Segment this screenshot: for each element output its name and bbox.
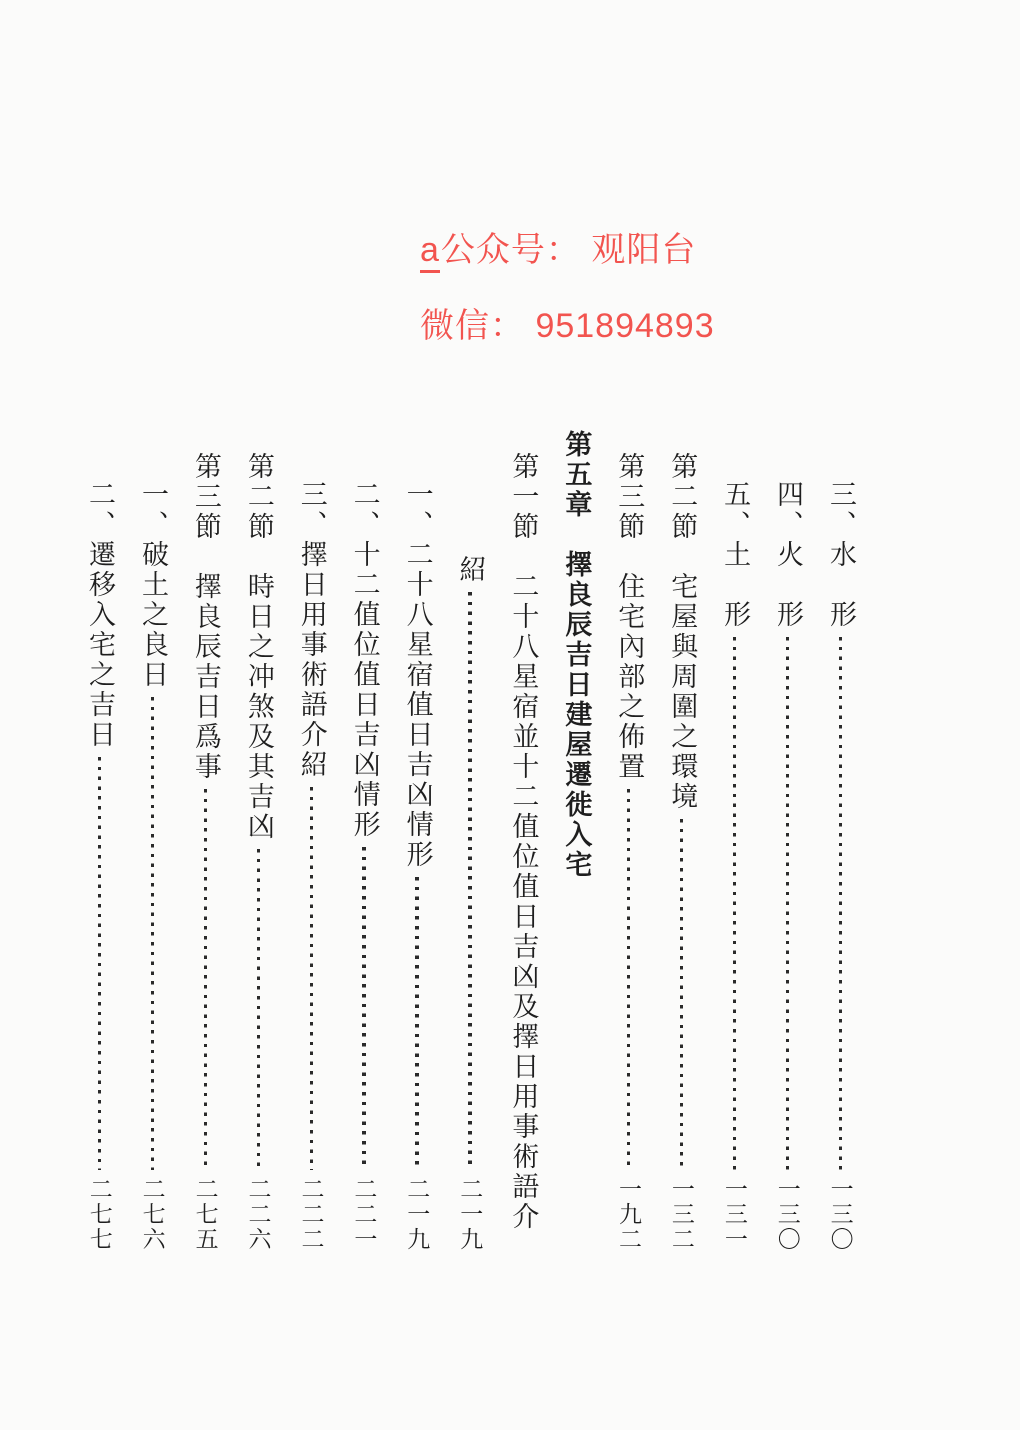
dot-leader [680,819,683,1170]
watermark-line-2: 微信： 951894893 [420,298,715,347]
dot-leader [839,637,842,1170]
toc-entry: 二、十二值位值日吉凶情形 二二一 [349,430,380,1252]
entry-page-number: 一九二 [615,1177,641,1252]
toc: 三、水 形 一三〇 四、火 形 一三〇 五、土 形 一三一 第二節 宅屋與周圍之… [84,430,856,1252]
entry-page-number: 二七七 [85,1177,111,1252]
entry-page-number: 一三二 [667,1177,693,1252]
entry-page-number: 二二六 [244,1177,270,1252]
entry-page-number: 二一九 [456,1177,482,1252]
entry-label: 第五章 擇良辰吉日建屋遷徙入宅 [560,430,591,880]
entry-page-number: 二一九 [403,1177,429,1252]
dot-leader [151,697,154,1170]
toc-entry: 二、遷移入宅之吉日 二七七 [84,430,115,1252]
toc-entry: 第二節 宅屋與周圍之環境 一三二 [666,430,697,1252]
entry-label: 二、遷移入宅之吉日 [84,480,115,750]
dot-leader [627,789,630,1170]
entry-page-number: 一三一 [720,1177,746,1252]
entry-label: 五、土 形 [719,480,750,630]
entry-label: 第一節 二十八星宿並十二值位值日吉凶及擇日用事術語介 [507,452,538,1232]
entry-label: 四、火 形 [772,480,803,630]
scanned-book-page: { "watermark": { "color": "#f2544f", "li… [0,0,1020,1430]
entry-label: 一、二十八星宿值日吉凶情形 [402,480,433,870]
entry-label: 第二節 時日之冲煞及其吉凶 [243,452,274,842]
entry-label: 二、十二值位值日吉凶情形 [349,480,380,840]
toc-entry: 第三節 擇良辰吉日爲事 二七五 [190,430,221,1252]
toc-entry: 第五章 擇良辰吉日建屋遷徙入宅 [560,430,591,1252]
entry-page-number: 二七六 [138,1177,164,1252]
dot-leader [415,877,418,1170]
entry-page-number: 二二二 [297,1177,323,1252]
watermark-line1-text: 公众号： 观阳台 [441,231,696,269]
entry-label: 第二節 宅屋與周圍之環境 [666,452,697,812]
watermark-line-1: a公众号： 观阳台 [420,222,696,271]
entry-label: 第三節 住宅內部之佈置 [613,452,644,782]
entry-page-number: 二二一 [350,1177,376,1252]
toc-entry: 四、火 形 一三〇 [772,430,803,1252]
dot-leader [468,592,471,1170]
entry-label: 三、擇日用事術語介紹 [296,480,327,780]
dot-leader [786,637,789,1170]
entry-label: 第三節 擇良辰吉日爲事 [190,452,221,782]
dot-leader [362,847,365,1170]
toc-entry: 第三節 住宅內部之佈置 一九二 [613,430,644,1252]
entry-page-number: 一三〇 [773,1177,799,1252]
toc-entry: 第一節 二十八星宿並十二值位值日吉凶及擇日用事術語介 [507,430,538,1252]
toc-entry: 一、破土之良日 二七六 [137,430,168,1252]
entry-page-number: 一三〇 [826,1177,852,1252]
entry-label: 一、破土之良日 [137,480,168,690]
watermark-line2-text: 微信： 951894893 [420,307,715,345]
watermark-prefix: a [420,231,440,273]
dot-leader [98,757,101,1170]
dot-leader [310,787,313,1170]
entry-page-number: 二七五 [191,1177,217,1252]
toc-entry: 三、水 形 一三〇 [825,430,856,1252]
dot-leader [257,849,260,1170]
toc-entry: 三、擇日用事術語介紹 二二二 [296,430,327,1252]
toc-entry: 一、二十八星宿值日吉凶情形 二一九 [402,430,433,1252]
toc-entry: 第二節 時日之冲煞及其吉凶 二二六 [243,430,274,1252]
dot-leader [733,637,736,1170]
toc-entry: 紹 二一九 [454,430,485,1252]
dot-leader [204,789,207,1170]
entry-label: 三、水 形 [825,480,856,630]
toc-entry: 五、土 形 一三一 [719,430,750,1252]
entry-label: 紹 [454,555,485,585]
